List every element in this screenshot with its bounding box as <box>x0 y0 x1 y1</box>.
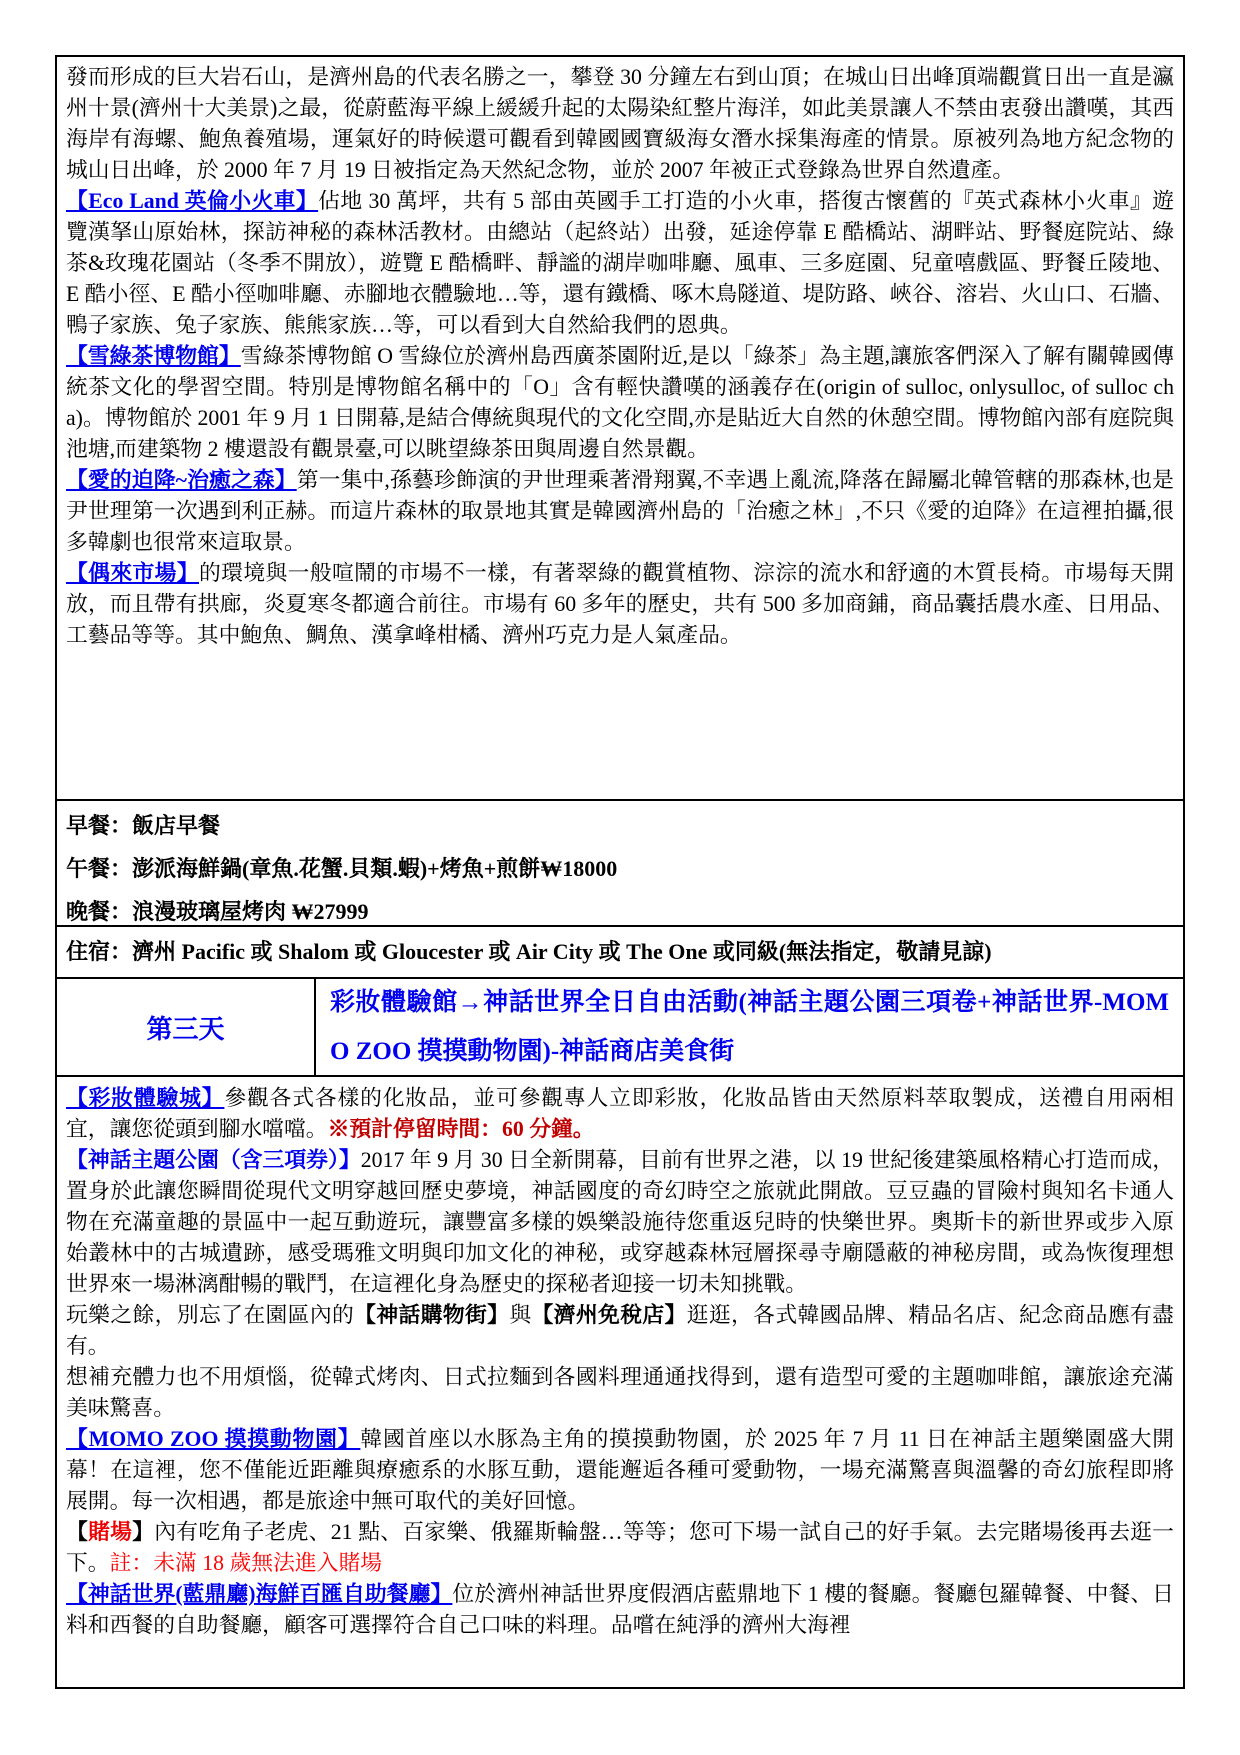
section-header: 【神話世界(藍鼎廳)海鮮百匯自助餐廳】 <box>66 1582 452 1606</box>
document-page: { "colors": { "header_blue": "#0000EE", … <box>0 0 1240 1755</box>
text-segment: 發而形成的巨大岩石山，是濟州島的代表名勝之一，攀登 30 分鐘左右到山頂；在城山… <box>66 65 1174 182</box>
paragraph: 想補充體力也不用煩惱，從韓式烤肉、日式拉麵到各國料理通通找得到，還有造型可愛的主… <box>66 1362 1174 1424</box>
section-header: 【雪綠茶博物館】 <box>66 344 241 368</box>
text-segment: 參觀各式各樣的化妝品，並可參觀專人立即彩妝，化妝品皆由天然原料萃取製成，送禮自用… <box>66 1086 1174 1141</box>
section-header: 【Eco Land 英倫小火車】 <box>66 189 318 213</box>
paragraph: 【Eco Land 英倫小火車】佔地 30 萬坪，共有 5 部由英國手工打造的小… <box>66 186 1174 341</box>
section-header: 【愛的迫降~治癒之森】 <box>66 468 297 492</box>
paragraph: 【MOMO ZOO 摸摸動物園】韓國首座以水豚為主角的摸摸動物園，於 2025 … <box>66 1424 1174 1517</box>
note-text: 註：未滿 18 歲無法進入賭場 <box>110 1551 382 1575</box>
day3-title-cell: 彩妝體驗館→神話世界全日自由活動(神話主題公園三項卷+神話世界-MOMO ZOO… <box>314 979 1183 1075</box>
bold-text: 【 <box>66 1520 88 1544</box>
bold-text: 【神話購物街】 <box>354 1303 509 1327</box>
paragraph: 【神話主題公園（含三項券）】2017 年 9 月 30 日全新開幕，目前有世界之… <box>66 1145 1174 1300</box>
day3-route-title: 彩妝體驗館→神話世界全日自由活動(神話主題公園三項卷+神話世界-MOMO ZOO… <box>330 978 1169 1075</box>
lunch-line: 午餐：澎派海鮮鍋(章魚.花蟹.貝類.蝦)+烤魚+煎餅₩18000 <box>66 858 1174 880</box>
accommodation-line: 住宿：濟州 Pacific 或 Shalom 或 Gloucester 或 Ai… <box>66 940 1174 964</box>
paragraph: 【偶來市場】的環境與一般喧鬧的市場不一樣，有著翠綠的觀賞植物、淙淙的流水和舒適的… <box>66 558 1174 651</box>
day3-description-cell: 【彩妝體驗城】參觀各式各樣的化妝品，並可參觀專人立即彩妝，化妝品皆由天然原料萃取… <box>57 1075 1183 1687</box>
breakfast-line: 早餐：飯店早餐 <box>66 815 1174 837</box>
casino-header: 賭場 <box>88 1520 132 1544</box>
text-segment: 玩樂之餘，別忘了在園區內的 <box>66 1303 354 1327</box>
accommodation-cell: 住宿：濟州 Pacific 或 Shalom 或 Gloucester 或 Ai… <box>57 925 1183 977</box>
paragraph: 【愛的迫降~治癒之森】第一集中,孫藝珍飾演的尹世理乘著滑翔翼,不幸遇上亂流,降落… <box>66 465 1174 558</box>
meals-cell: 早餐：飯店早餐 午餐：澎派海鮮鍋(章魚.花蟹.貝類.蝦)+烤魚+煎餅₩18000… <box>57 799 1183 925</box>
section-header: 【彩妝體驗城】 <box>66 1086 224 1110</box>
note-text: ※預計停留時間：60 分鐘。 <box>328 1117 595 1141</box>
itinerary-table: 發而形成的巨大岩石山，是濟州島的代表名勝之一，攀登 30 分鐘左右到山頂；在城山… <box>55 55 1185 1689</box>
text-segment: 與 <box>509 1303 531 1327</box>
bold-text: 】 <box>132 1520 154 1544</box>
section-header: 【神話主題公園（含三項券）】 <box>66 1148 361 1172</box>
paragraph: 【彩妝體驗城】參觀各式各樣的化妝品，並可參觀專人立即彩妝，化妝品皆由天然原料萃取… <box>66 1083 1174 1145</box>
day3-header-row: 第三天 彩妝體驗館→神話世界全日自由活動(神話主題公園三項卷+神話世界-MOMO… <box>57 977 1183 1075</box>
bold-text: 【濟州免稅店】 <box>532 1303 687 1327</box>
day2-description-cell: 發而形成的巨大岩石山，是濟州島的代表名勝之一，攀登 30 分鐘左右到山頂；在城山… <box>57 57 1183 799</box>
dinner-line: 晚餐：浪漫玻璃屋烤肉 ₩27999 <box>66 901 1174 923</box>
paragraph: 發而形成的巨大岩石山，是濟州島的代表名勝之一，攀登 30 分鐘左右到山頂；在城山… <box>66 62 1174 186</box>
text-segment: 的環境與一般喧鬧的市場不一樣，有著翠綠的觀賞植物、淙淙的流水和舒適的木質長椅。市… <box>66 561 1174 647</box>
paragraph: 【雪綠茶博物館】雪綠茶博物館 O 雪綠位於濟州島西廣茶園附近,是以「綠茶」為主題… <box>66 341 1174 465</box>
section-header: 【偶來市場】 <box>66 561 199 585</box>
paragraph: 玩樂之餘，別忘了在園區內的【神話購物街】與【濟州免稅店】逛逛，各式韓國品牌、精品… <box>66 1300 1174 1362</box>
text-segment: 想補充體力也不用煩惱，從韓式烤肉、日式拉麵到各國料理通通找得到，還有造型可愛的主… <box>66 1365 1174 1420</box>
section-header: 【MOMO ZOO 摸摸動物園】 <box>66 1427 360 1451</box>
paragraph: 【神話世界(藍鼎廳)海鮮百匯自助餐廳】位於濟州神話世界度假酒店藍鼎地下 1 樓的… <box>66 1579 1174 1641</box>
day3-label-cell: 第三天 <box>57 979 314 1075</box>
paragraph: 【賭場】內有吃角子老虎、21 點、百家樂、俄羅斯輪盤…等等；您可下場一試自己的好… <box>66 1517 1174 1579</box>
